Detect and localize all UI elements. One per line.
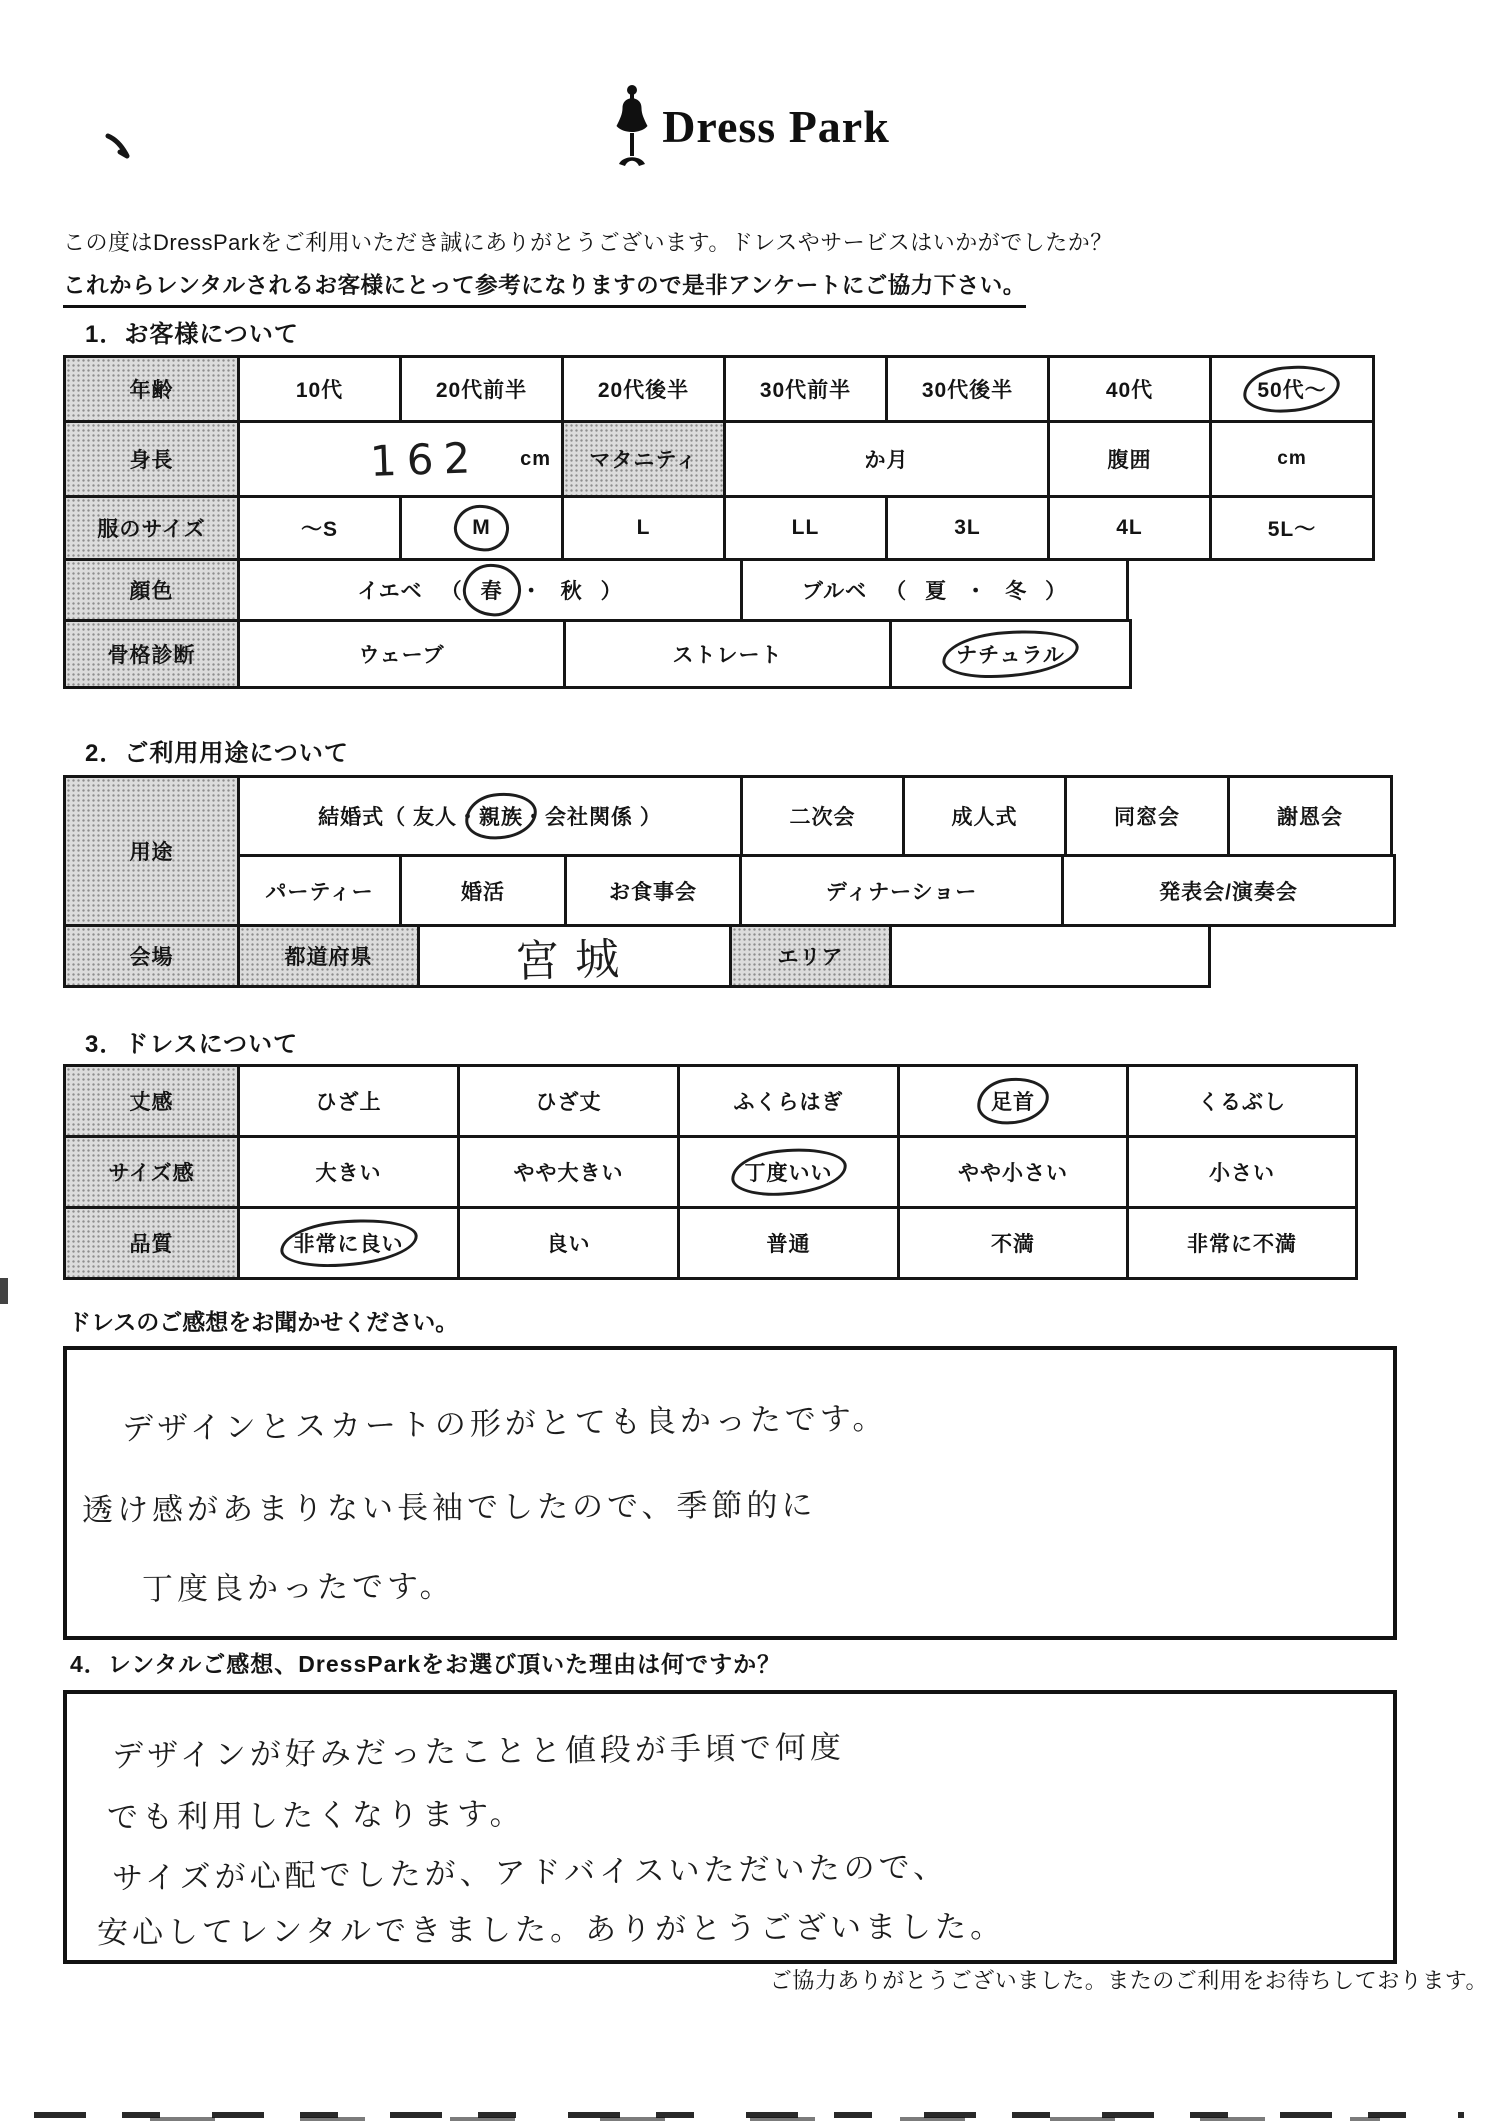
months-cell: か月 (723, 420, 1050, 498)
height-value-cell: 162 cm (237, 420, 564, 498)
wedding-cell: 結婚式（ 友人・親族・会社関係 ） (237, 775, 743, 857)
purpose-row2: パーティー 婚活 お食事会 ディナーショー 発表会/演奏会 (237, 854, 1396, 927)
length-label-cell: 丈感 (63, 1064, 240, 1138)
purpose-option: 発表会/演奏会 (1159, 876, 1298, 906)
dress-table: 丈感 ひざ上 ひざ丈 ふくらはぎ 足首 くるぶし サイズ感 大きい やや大きい … (63, 1064, 1358, 1280)
section3-title: 3．ドレスについて (85, 1024, 298, 1059)
warm-option: 秋 (561, 575, 583, 605)
venue-label-cell: 会場 (63, 924, 240, 988)
purpose-options: 結婚式（ 友人・親族・会社関係 ） 二次会 成人式 同窓会 謝恩会 パーティー … (237, 775, 1396, 927)
option-cell: 3L (885, 495, 1050, 561)
length-option: くるぶし (1198, 1086, 1286, 1116)
waist-unit-cell: cm (1209, 420, 1375, 498)
option-cell: 非常に良い (237, 1206, 460, 1280)
section1-title: 1．お客様について (85, 314, 299, 349)
fit-row: サイズ感 大きい やや大きい 丁度いい やや小さい 小さい (63, 1135, 1358, 1209)
paren: ） (601, 575, 623, 605)
footer-thanks: ご協力ありがとうございました。またのご利用をお待ちしております。 (770, 1964, 1488, 1995)
option-cell: 二次会 (740, 775, 905, 857)
purpose-label-cell: 用途 (63, 775, 240, 927)
quality-option: 非常に不満 (1187, 1228, 1297, 1258)
waist-label: 腹囲 (1108, 444, 1152, 474)
length-label: 丈感 (130, 1086, 174, 1116)
maternity-cell: マタニティ (561, 420, 726, 498)
purpose-option: お食事会 (609, 876, 697, 906)
option-cell: やや大きい (457, 1135, 680, 1209)
option-cell: 20代前半 (399, 355, 564, 423)
size-option: 5L～ (1268, 513, 1317, 543)
option-cell: 小さい (1126, 1135, 1358, 1209)
section2-title: 2．ご利用用途について (85, 733, 349, 768)
fit-option: 大きい (316, 1157, 382, 1187)
handwritten-line: 丁度良かったです。 (142, 1560, 455, 1608)
skeleton-row: 骨格診断 ウェーブ ストレート ナチュラル (63, 619, 1375, 689)
option-cell: 同窓会 (1064, 775, 1230, 857)
intro-line2: これからレンタルされるお客様にとって参考になりますので是非アンケートにご協力下さ… (63, 268, 1026, 308)
color-row: 顔色 イエベ （ 春 ・ 秋 ） ブルベ （ 夏 ・ 冬 ） (63, 558, 1375, 622)
pen-circle-length-selected: 足首 (991, 1086, 1035, 1116)
pen-circle-fit-selected: 丁度いい (745, 1157, 833, 1187)
section4-title: 4．レンタルご感想、DressParkをお選び頂いた理由は何ですか？ (70, 1646, 781, 1679)
handwritten-line: デザインが好みだったことと値段が手頃で何度 (112, 1722, 845, 1776)
rental-feedback-box: デザインが好みだったことと値段が手頃で何度 でも利用したくなります。 サイズが心… (63, 1690, 1397, 1964)
option-cell: M (399, 495, 564, 561)
age-row: 年齢 10代 20代前半 20代後半 30代前半 30代後半 40代 50代～ (63, 355, 1375, 423)
age-option: 40代 (1106, 374, 1153, 404)
pen-circle-skeleton-selected: ナチュラル (956, 639, 1065, 669)
purpose-option: 婚活 (461, 876, 505, 906)
color-label: 顔色 (130, 575, 174, 605)
height-label-cell: 身長 (63, 420, 240, 498)
option-cell: 5L～ (1209, 495, 1375, 561)
paren: （ (441, 575, 463, 605)
handwritten-line: 透け感があまりない長袖でしたので、季節的に (82, 1479, 817, 1529)
waist-unit: cm (1277, 448, 1306, 470)
cool-base-cell: ブルベ （ 夏 ・ 冬 ） (740, 558, 1129, 622)
fit-label-cell: サイズ感 (63, 1135, 240, 1209)
option-cell: 不満 (897, 1206, 1129, 1280)
paren: ） (1045, 575, 1067, 605)
height-row: 身長 162 cm マタニティ か月 腹囲 cm (63, 420, 1375, 498)
area-label-cell: エリア (729, 924, 892, 988)
option-cell: やや小さい (897, 1135, 1129, 1209)
option-cell: 50代～ (1209, 355, 1375, 423)
option-cell: 丁度いい (677, 1135, 900, 1209)
size-option: 4L (1116, 516, 1143, 540)
option-cell: 発表会/演奏会 (1061, 854, 1396, 927)
height-unit: cm (520, 448, 551, 471)
quality-option: 良い (547, 1228, 591, 1258)
option-cell: お食事会 (564, 854, 742, 927)
length-row: 丈感 ひざ上 ひざ丈 ふくらはぎ 足首 くるぶし (63, 1064, 1358, 1138)
option-cell: ふくらはぎ (677, 1064, 900, 1138)
option-cell: 良い (457, 1206, 680, 1280)
option-cell: ナチュラル (889, 619, 1132, 689)
fit-option: やや小さい (958, 1157, 1068, 1187)
option-cell: 大きい (237, 1135, 460, 1209)
option-cell: ひざ上 (237, 1064, 460, 1138)
age-label-cell: 年齢 (63, 355, 240, 423)
separator-dot: ・ (521, 575, 543, 605)
length-option: ふくらはぎ (734, 1086, 844, 1116)
pen-circle-quality-selected: 非常に良い (294, 1228, 404, 1258)
option-cell: 10代 (237, 355, 402, 423)
venue-label: 会場 (130, 941, 174, 971)
wedding-post: ・会社関係 ） (523, 801, 662, 831)
months-label: か月 (865, 444, 909, 474)
option-cell: ひざ丈 (457, 1064, 680, 1138)
pen-circle-season-selected: 春 (481, 575, 503, 605)
purpose-label: 用途 (130, 836, 174, 866)
option-cell: 30代後半 (885, 355, 1050, 423)
age-option: 30代後半 (922, 374, 1013, 404)
logo-text: Dress Park (662, 100, 890, 153)
dress-feedback-label: ドレスのご感想をお聞かせください。 (68, 1304, 458, 1337)
separator-dot: ・ (965, 575, 987, 605)
option-cell: 40代 (1047, 355, 1212, 423)
option-cell: ウェーブ (237, 619, 566, 689)
dress-feedback-box: デザインとスカートの形がとても良かったです。 透け感があまりない長袖でしたので、… (63, 1346, 1397, 1640)
option-cell: パーティー (237, 854, 402, 927)
wedding-pre: 結婚式（ 友人・ (318, 801, 479, 831)
option-cell: LL (723, 495, 888, 561)
scan-bottom-artifact (120, 2117, 1380, 2121)
quality-label-cell: 品質 (63, 1206, 240, 1280)
cool-option: 夏 (925, 575, 947, 605)
prefecture-label: 都道府県 (285, 941, 373, 971)
warm-base-cell: イエベ （ 春 ・ 秋 ） (237, 558, 743, 622)
fit-label: サイズ感 (108, 1157, 194, 1187)
quality-row: 品質 非常に良い 良い 普通 不満 非常に不満 (63, 1206, 1358, 1280)
size-row: 服のサイズ ～S M L LL 3L 4L 5L～ (63, 495, 1375, 561)
skeleton-option: ウェーブ (358, 639, 444, 669)
venue-row: 会場 都道府県 宮城 エリア (63, 924, 1396, 988)
height-label: 身長 (130, 444, 174, 474)
option-cell: 謝恩会 (1227, 775, 1393, 857)
purpose-option: 謝恩会 (1277, 801, 1343, 831)
area-label: エリア (778, 941, 844, 971)
purpose-option: 成人式 (952, 801, 1018, 831)
quality-label: 品質 (130, 1228, 174, 1258)
option-cell: ～S (237, 495, 402, 561)
option-cell: 4L (1047, 495, 1212, 561)
fit-option: やや大きい (514, 1157, 624, 1187)
handwritten-height: 162 (369, 433, 481, 486)
customer-table: 年齢 10代 20代前半 20代後半 30代前半 30代後半 40代 50代～ … (63, 355, 1375, 689)
dress-form-icon (610, 84, 654, 168)
purpose-option: 同窓会 (1114, 801, 1180, 831)
option-cell: 普通 (677, 1206, 900, 1280)
maternity-label: マタニティ (589, 444, 697, 474)
option-cell: 婚活 (399, 854, 567, 927)
area-value-cell (889, 924, 1211, 988)
handwritten-prefecture: 宮城 (514, 922, 636, 989)
purpose-option: ディナーショー (826, 876, 977, 906)
pen-circle-wedding-selected: 親族 (479, 801, 523, 831)
prefecture-label-cell: 都道府県 (237, 924, 420, 988)
size-option: LL (792, 516, 820, 540)
option-cell: ストレート (563, 619, 892, 689)
skeleton-label: 骨格診断 (108, 639, 196, 669)
option-cell: ディナーショー (739, 854, 1064, 927)
handwritten-line: でも利用したくなります。 (107, 1788, 525, 1837)
pen-circle-age-selected: 50代～ (1257, 374, 1326, 404)
size-option: 3L (954, 516, 981, 540)
warm-base: イエベ (357, 575, 422, 605)
handwritten-line: サイズが心配でしたが、アドバイスいただいたので、 (112, 1841, 949, 1898)
age-label: 年齢 (130, 374, 174, 404)
age-option: 20代後半 (598, 374, 689, 404)
purpose-option: 二次会 (790, 801, 856, 831)
purpose-table: 用途 結婚式（ 友人・親族・会社関係 ） 二次会 成人式 同窓会 謝恩会 パーテ… (63, 775, 1396, 988)
purpose-option: パーティー (265, 876, 373, 906)
quality-option: 普通 (767, 1228, 811, 1258)
length-option: ひざ丈 (536, 1086, 602, 1116)
scan-edge-mark (0, 1278, 8, 1304)
size-option: L (637, 516, 651, 540)
option-cell: 非常に不満 (1126, 1206, 1358, 1280)
pen-circle-size-selected: M (472, 516, 491, 540)
size-label: 服のサイズ (97, 513, 205, 543)
option-cell: 足首 (897, 1064, 1129, 1138)
fit-option: 小さい (1209, 1157, 1275, 1187)
cool-base: ブルベ (802, 575, 867, 605)
cool-option: 冬 (1005, 575, 1027, 605)
length-option: ひざ上 (316, 1086, 382, 1116)
quality-option: 不満 (991, 1228, 1035, 1258)
skeleton-option: ストレート (673, 639, 783, 669)
option-cell: 成人式 (902, 775, 1067, 857)
size-option: ～S (301, 513, 338, 543)
paren: （ (885, 575, 907, 605)
purpose-rows: 用途 結婚式（ 友人・親族・会社関係 ） 二次会 成人式 同窓会 謝恩会 パーテ… (63, 775, 1396, 927)
option-cell: L (561, 495, 726, 561)
option-cell: 30代前半 (723, 355, 888, 423)
skeleton-label-cell: 骨格診断 (63, 619, 240, 689)
intro-line1: この度はDressParkをご利用いただき誠にありがとうございます。ドレスやサー… (63, 226, 1113, 257)
handwritten-line: デザインとスカートの形がとても良かったです。 (122, 1393, 888, 1449)
prefecture-value-cell: 宮城 (417, 924, 732, 988)
option-cell: 20代後半 (561, 355, 726, 423)
waist-cell: 腹囲 (1047, 420, 1212, 498)
size-label-cell: 服のサイズ (63, 495, 240, 561)
age-option: 20代前半 (436, 374, 527, 404)
color-label-cell: 顔色 (63, 558, 240, 622)
option-cell: くるぶし (1126, 1064, 1358, 1138)
purpose-row1: 結婚式（ 友人・親族・会社関係 ） 二次会 成人式 同窓会 謝恩会 (237, 775, 1396, 857)
handwritten-line: 安心してレンタルできました。ありがとうございました。 (97, 1901, 1005, 1952)
age-option: 30代前半 (760, 374, 851, 404)
logo: Dress Park (0, 84, 1500, 168)
age-option: 10代 (296, 374, 343, 404)
